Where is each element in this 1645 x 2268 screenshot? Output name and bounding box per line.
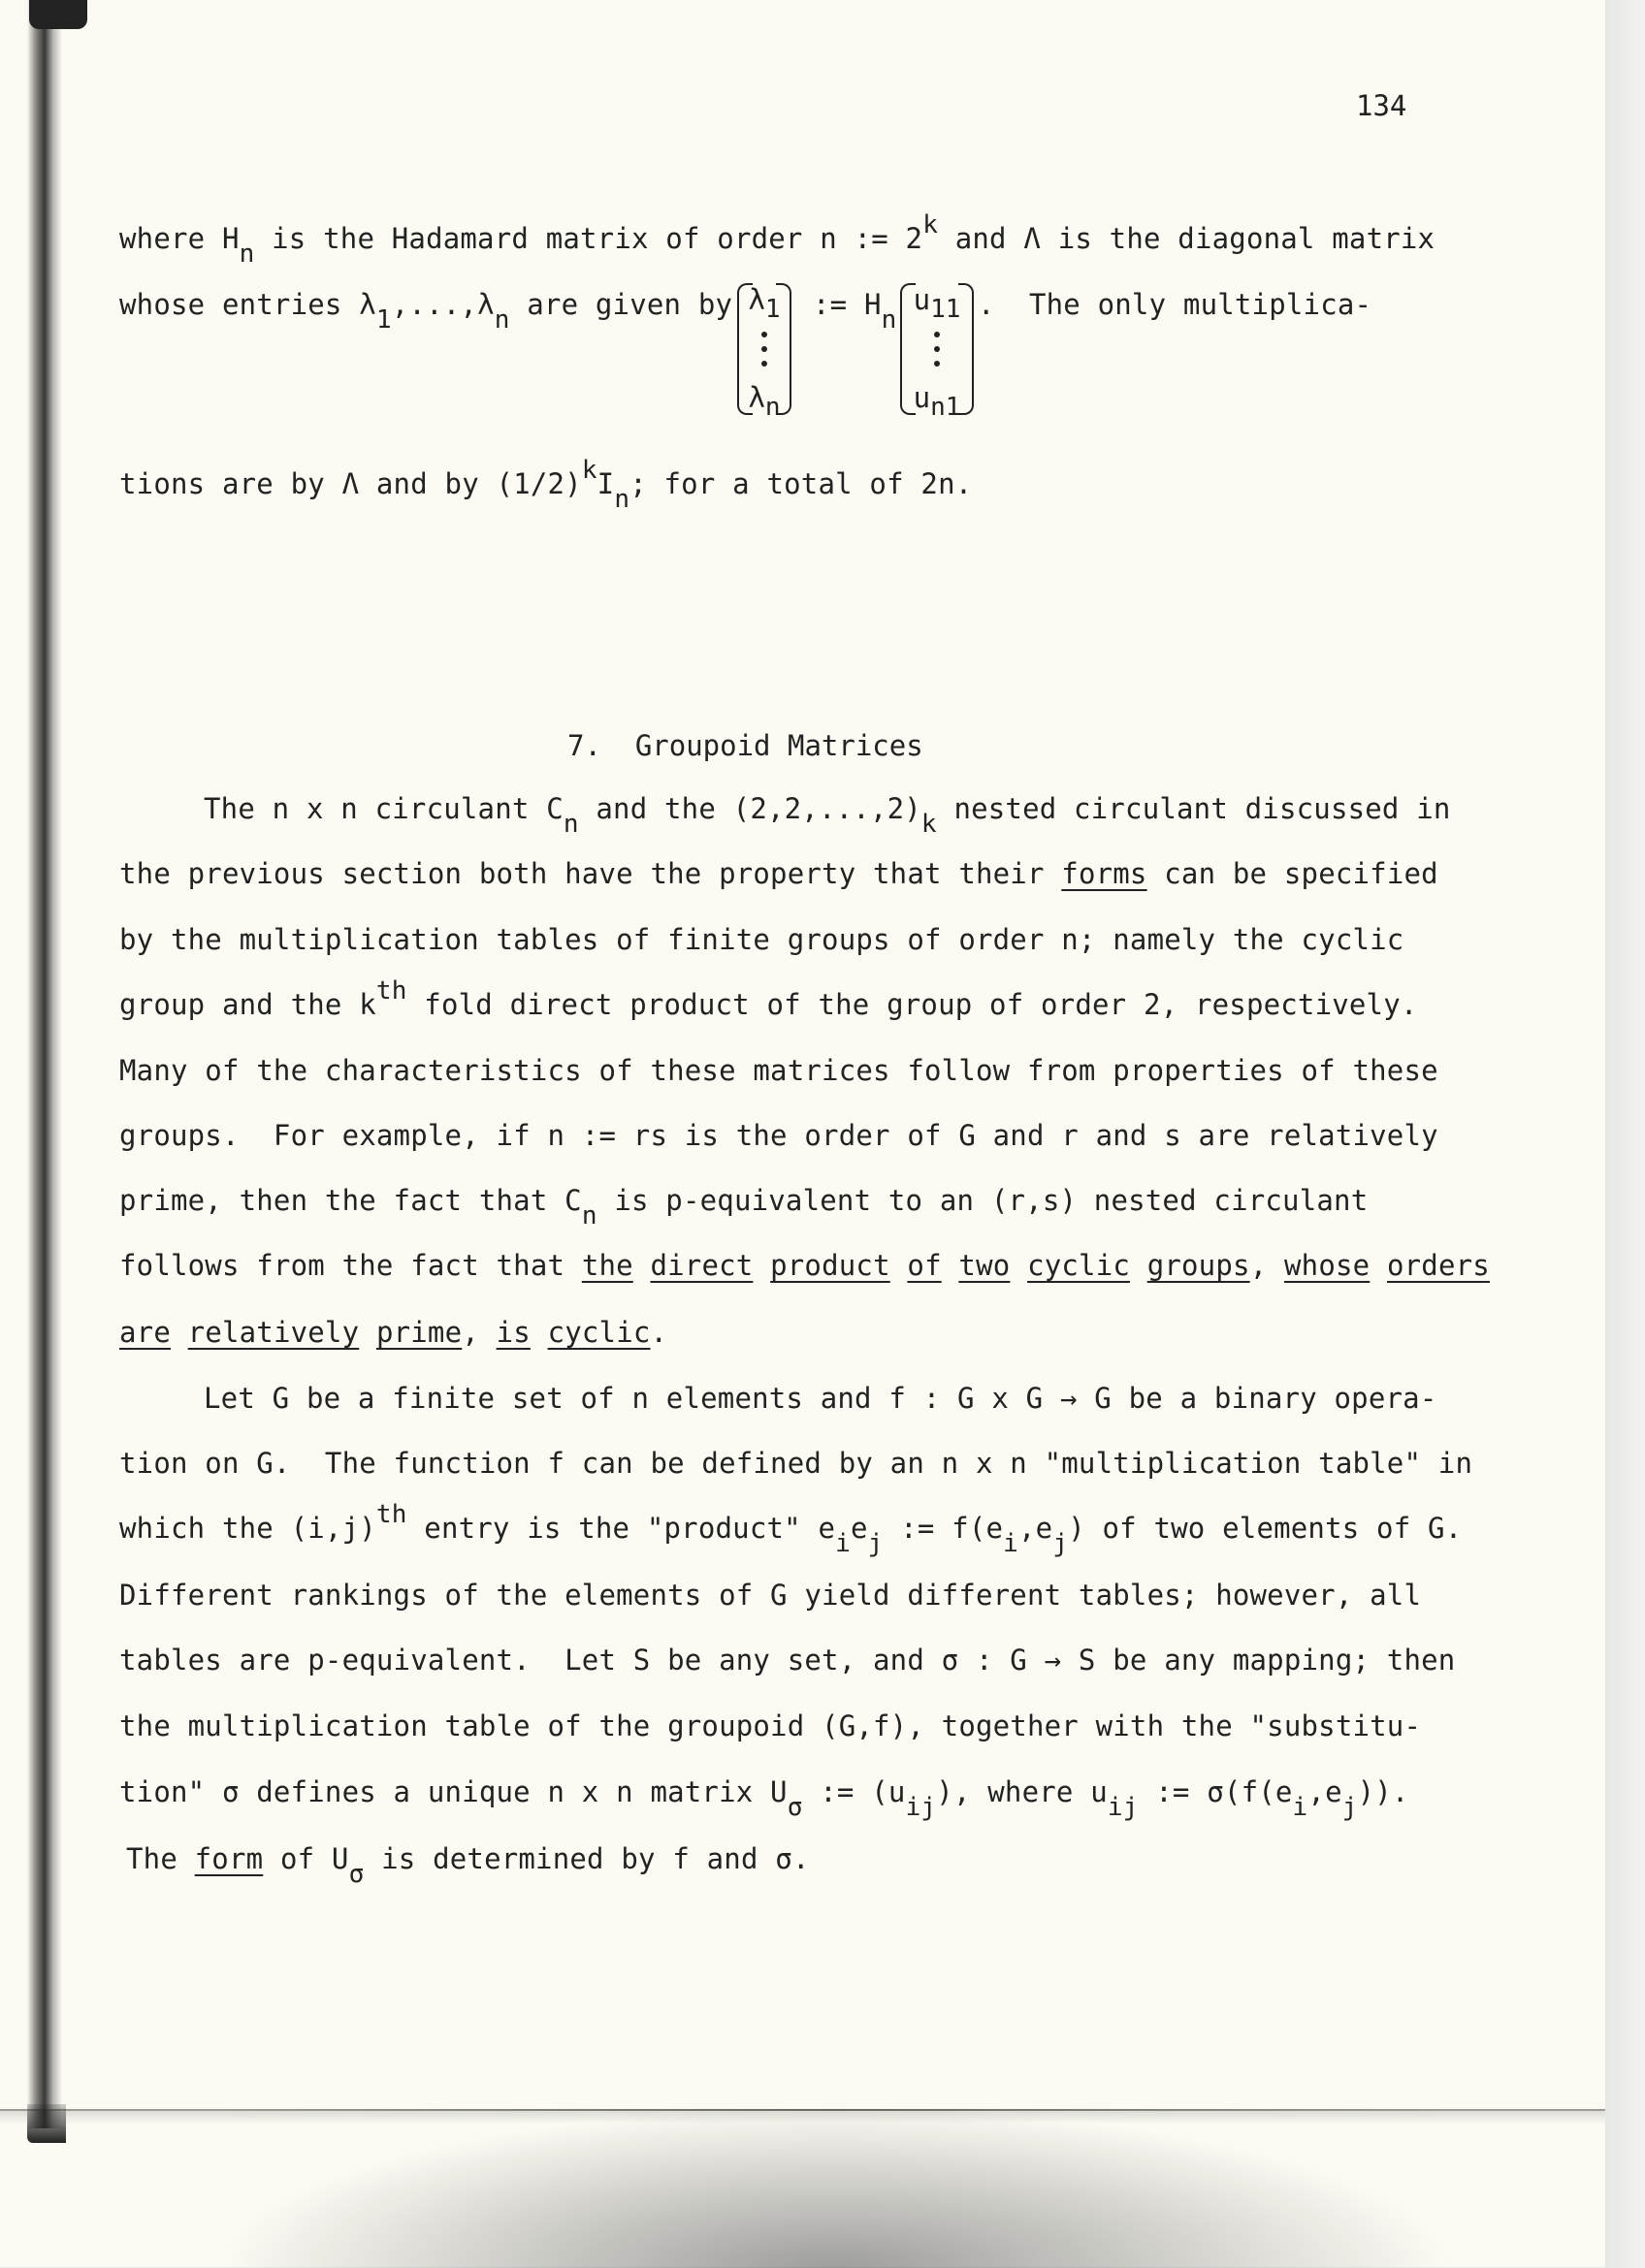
subscript: j <box>1052 1529 1068 1558</box>
left-paren <box>737 283 753 415</box>
scan-right-margin <box>1605 0 1645 2268</box>
text: follows from the fact that <box>119 1249 582 1282</box>
text-line: Let G be a finite set of n elements and … <box>204 1385 1436 1413</box>
text-line: which the (i,j)th entry is the "product"… <box>119 1515 1462 1543</box>
text: The n x n circulant C <box>204 792 564 825</box>
text: which the (i,j) <box>119 1512 376 1545</box>
text: ,e <box>1307 1775 1341 1808</box>
text: := H <box>813 288 882 321</box>
u-vector: u11 un1 <box>900 283 974 414</box>
subscript: k <box>921 810 937 839</box>
underlined-text: groups <box>1147 1249 1250 1282</box>
text: tions are by Λ and by (1/2) <box>119 467 582 500</box>
text: prime, then the fact that C <box>119 1184 582 1217</box>
text-line: the previous section both have the prope… <box>119 860 1438 888</box>
left-paren <box>900 283 916 415</box>
text-line: . The only multiplica- <box>978 291 1371 319</box>
vector-bottom-entry: un1 <box>914 381 961 414</box>
subscript: n <box>240 240 255 269</box>
underlined-text: two <box>958 1249 1010 1282</box>
text: whose entries λ <box>119 288 376 321</box>
text-line: tables are p-equivalent. Let S be any se… <box>119 1646 1455 1675</box>
section-title: Groupoid Matrices <box>635 729 923 762</box>
text-line: Different rankings of the elements of G … <box>119 1581 1421 1610</box>
right-paren <box>958 283 974 415</box>
superscript: k <box>922 210 938 240</box>
subscript: ij <box>1108 1793 1139 1822</box>
page-number: 134 <box>1356 89 1406 122</box>
subscript: n <box>582 1201 597 1230</box>
text: can be specified <box>1147 857 1438 890</box>
text-line: The form of Uσ is determined by f and σ. <box>126 1845 810 1873</box>
text: )). <box>1358 1775 1409 1808</box>
text: e <box>851 1512 868 1545</box>
underlined-text: is <box>497 1316 531 1349</box>
text: group and the k <box>119 988 376 1021</box>
text: I <box>597 467 615 500</box>
scan-bottom-shadow <box>0 2109 1605 2268</box>
text-line: whose entries λ1,...,λn are given by <box>119 291 732 319</box>
underlined-text: the <box>582 1249 633 1282</box>
subscript: i <box>1293 1793 1308 1822</box>
underlined-text: are <box>119 1316 171 1349</box>
subscript: n <box>495 305 510 335</box>
text: where H <box>119 222 240 255</box>
vertical-dots <box>761 332 767 367</box>
text-line: tion" σ defines a unique n x n matrix Uσ… <box>119 1778 1409 1806</box>
underlined-text: of <box>907 1249 941 1282</box>
subscript: i <box>835 1529 851 1558</box>
subscript: j <box>868 1529 884 1558</box>
underlined-text: product <box>770 1249 890 1282</box>
text: ,e <box>1018 1512 1052 1545</box>
text: tion" σ defines a unique n x n matrix U <box>119 1775 788 1808</box>
text-line: Many of the characteristics of these mat… <box>119 1057 1438 1085</box>
text: and the (2,2,...,2) <box>579 792 921 825</box>
scanned-page: 134 where Hn is the Hadamard matrix of o… <box>0 0 1605 2267</box>
text: and Λ is the diagonal matrix <box>938 222 1435 255</box>
underlined-text: cyclic <box>1027 1249 1130 1282</box>
underlined-text: relatively <box>188 1316 360 1349</box>
superscript: th <box>376 1500 407 1529</box>
subscript: n <box>564 810 579 839</box>
subscript: n <box>614 485 629 514</box>
binding-shadow <box>27 0 62 2128</box>
section-heading: 7. Groupoid Matrices <box>567 729 923 762</box>
subscript: i <box>1003 1529 1018 1558</box>
text: ; for a total of 2n. <box>629 467 972 500</box>
text: is the Hadamard matrix of order n := 2 <box>254 222 922 255</box>
text: := (u <box>803 1775 906 1808</box>
text-line: follows from the fact that the direct pr… <box>119 1252 1490 1280</box>
subscript: σ <box>349 1860 365 1889</box>
underlined-text: form <box>195 1842 264 1875</box>
text: ,...,λ <box>392 288 495 321</box>
text: is p-equivalent to an (r,s) nested circu… <box>597 1184 1369 1217</box>
text: := f(e <box>884 1512 1004 1545</box>
text: The <box>126 1842 195 1875</box>
text: the previous section both have the prope… <box>119 857 1061 890</box>
text: are given by <box>510 288 733 321</box>
text-line: prime, then the fact that Cn is p-equiva… <box>119 1187 1368 1215</box>
text-line: where Hn is the Hadamard matrix of order… <box>119 225 1435 253</box>
text-line: groups. For example, if n := rs is the o… <box>119 1122 1438 1150</box>
text-line: tions are by Λ and by (1/2)kIn; for a to… <box>119 470 972 498</box>
text-line: by the multiplication tables of finite g… <box>119 926 1403 954</box>
subscript: n <box>882 305 897 335</box>
text: is determined by f and σ. <box>364 1842 809 1875</box>
underlined-text: prime <box>376 1316 462 1349</box>
lambda-vector: λ1 λn <box>737 283 791 414</box>
text: fold direct product of the group of orde… <box>407 988 1418 1021</box>
superscript: k <box>582 456 597 485</box>
text-line: group and the kth fold direct product of… <box>119 991 1418 1019</box>
subscript: ij <box>906 1793 937 1822</box>
subscript: 1 <box>376 305 392 335</box>
subscript: σ <box>788 1793 803 1822</box>
superscript: th <box>376 976 407 1006</box>
text: of U <box>263 1842 348 1875</box>
subscript: j <box>1342 1793 1358 1822</box>
text: ) of two elements of G. <box>1068 1512 1462 1545</box>
text-line: are relatively prime, is cyclic. <box>119 1319 667 1347</box>
binding-clip <box>29 0 87 29</box>
section-number: 7. <box>567 729 601 762</box>
text: . The only multiplica- <box>978 288 1371 321</box>
text: := σ(f(e <box>1139 1775 1293 1808</box>
underlined-text: cyclic <box>548 1316 651 1349</box>
text-line: the multiplication table of the groupoid… <box>119 1712 1421 1741</box>
text-line: The n x n circulant Cn and the (2,2,...,… <box>204 795 1451 823</box>
underlined-text: whose <box>1284 1249 1370 1282</box>
underlined-text: direct <box>650 1249 753 1282</box>
text-line: := Hn <box>813 291 897 319</box>
text: entry is the "product" e <box>407 1512 836 1545</box>
underlined-text: orders <box>1387 1249 1490 1282</box>
text: nested circulant discussed in <box>937 792 1451 825</box>
vector-top-entry: u11 <box>914 283 961 316</box>
underlined-text: forms <box>1061 857 1146 890</box>
text: ), where u <box>936 1775 1108 1808</box>
vertical-dots <box>934 332 940 367</box>
text-line: tion on G. The function f can be defined… <box>119 1450 1472 1478</box>
